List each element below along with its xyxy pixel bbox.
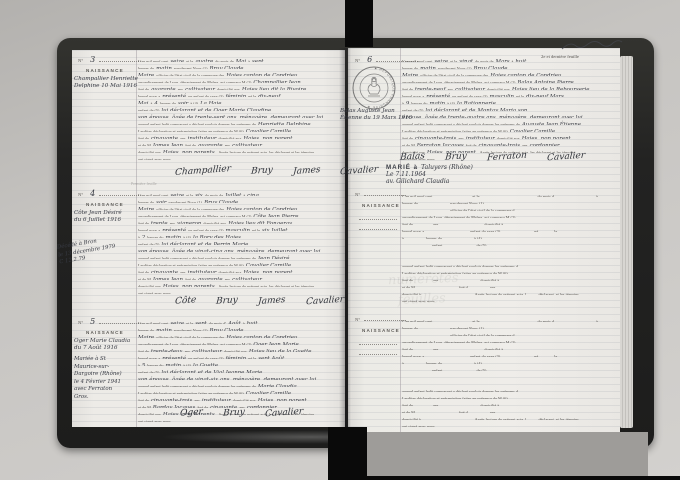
signature: Bruy — [445, 151, 467, 163]
printed-text: de (5) — [476, 243, 486, 246]
form-line: âgé decinquanteansinstituteurdomicilié a… — [138, 132, 341, 139]
signature: James — [292, 165, 320, 177]
form-line: domicilié auxHaies, non parents.Après le… — [138, 146, 341, 153]
printed-text: le — [554, 229, 557, 232]
printed-text: né — [534, 354, 538, 357]
act-number: N°5 — [78, 317, 141, 326]
marie-stamp-label: MARIÉ à — [386, 164, 418, 171]
form-line: arrondissement de Lyon, département du R… — [402, 336, 617, 343]
printed-text: ont signé avec nous. — [138, 419, 172, 422]
handwritten-text: féminin — [225, 356, 246, 359]
margin-marriage-note: Mariée à StMaurice-sur-Dargoire (Rhône)l… — [74, 356, 122, 401]
form-line: âgé decinquanteansinstituteurdomicilié a… — [138, 266, 341, 273]
form-line: heures dumatinpar-devant Nous (1)Bruy Cl… — [138, 62, 341, 69]
act-number: N°3 — [78, 55, 141, 64]
printed-text: né le — [252, 228, 260, 231]
printed-text: déclarant — [538, 292, 553, 295]
form-line: âgé detrente-deuxanscultivateurdomicilié… — [138, 345, 341, 352]
form-line: Lesdites déclaration et présentation fai… — [138, 125, 341, 132]
handwritten-text: cinq — [247, 193, 259, 196]
republique-francaise-stamp: ★ RÉPUBLIQUE FRANÇAISE ★ — [351, 65, 397, 111]
margin-rule-left — [136, 50, 137, 427]
handwritten-margin-line: le 4 Février 1941 — [74, 379, 122, 387]
signature: Cavalier — [305, 295, 344, 308]
printed-text: né le — [248, 94, 256, 97]
form-line: âgé detrente-neufanscultivateurdomicilié… — [402, 83, 617, 90]
form-line: à5heures dumatinà (4)la Guette — [138, 359, 341, 366]
signature: Champallier — [175, 164, 232, 178]
handwritten-margin-line: Dargoire (Rhône) — [74, 371, 122, 379]
form-line: enfant de (5)lui déclarant et deMontay M… — [402, 104, 617, 111]
form-line: ont signé avec nous. — [402, 295, 617, 302]
signature: Cavalier — [264, 407, 303, 420]
blank-form-text: L'an mil neuf centet ledu mois dàheures … — [402, 190, 617, 302]
form-line: âgé dequaranteanscultivateurdomicilié au… — [138, 83, 341, 90]
svg-text:★ RÉPUBLIQUE FRANÇAISE ★: ★ RÉPUBLIQUE FRANÇAISE ★ — [366, 66, 395, 109]
form-line: âgé decinquante-troisansinstituteurdomic… — [138, 394, 341, 401]
form-line: et de MJames Jeanâgé dequaranteanscultiv… — [138, 273, 341, 280]
printed-text: né le — [248, 356, 256, 359]
form-line: domicilié à. Après lecture du présent ac… — [402, 413, 617, 420]
form-line: à9heures dumatinà (4)la Rationnerie — [402, 97, 617, 104]
form-line: Maireofficier de l'état civil de la comm… — [402, 69, 617, 76]
form-line: lequel nous aprésentéun enfant du sexe (… — [138, 352, 341, 359]
blank-dotted-line — [530, 291, 536, 295]
printed-text: à — [248, 59, 250, 62]
blank-dotted-line — [602, 318, 617, 322]
form-line: L'an mil neuf centet ledu mois dà — [402, 190, 617, 197]
blank-dotted-line — [561, 228, 579, 232]
act-body-text: L'an mil neuf centseizeet lesixdu mois d… — [138, 189, 341, 294]
signature: Ferraton — [486, 151, 526, 164]
form-line: et de MFerraton Jacquesâgé decinquante-t… — [402, 139, 617, 146]
blank-dotted-line — [561, 353, 579, 357]
film-frame-gray — [366, 432, 648, 476]
page-stack-edge — [620, 56, 633, 428]
blank-dotted-line — [542, 353, 552, 357]
form-line: arrondissement de Lyon, département du R… — [138, 76, 341, 83]
handwritten-margin-line: Delphine 10 Mai 1916 — [74, 83, 138, 90]
signatures-row: CôteBruyJamesCavalier — [175, 290, 364, 308]
handwritten-margin-line: du 7 Août 1916 — [74, 345, 130, 352]
printed-text: à — [243, 193, 245, 196]
form-line: âgé deansdomicilié à — [402, 218, 617, 225]
form-line: Lesdites déclaration et présentation fai… — [402, 392, 617, 399]
blank-dotted-line — [404, 242, 430, 246]
faint-sheet-label: Première feuille — [131, 181, 157, 186]
printed-text: ont signé avec nous. — [138, 291, 172, 294]
handwritten-text: dix-neuf Mars — [526, 94, 564, 97]
blank-dotted-line — [490, 242, 546, 246]
signature: Bruy — [216, 295, 238, 307]
form-line: âgé detrenteansvignerondomicilié auxHaie… — [138, 217, 341, 224]
blank-dotted-line — [404, 367, 430, 371]
form-line: auquel enfant ledit comparant a déclaré … — [138, 118, 341, 125]
margin-child-name: Côte Jean Désirédu 6 Juillet 1916 — [74, 210, 122, 224]
form-line: Maireofficier de l'état civil de la comm… — [138, 203, 341, 210]
form-line: âgé deansdomicilié à — [402, 343, 617, 350]
form-line: Lesdites déclaration et présentation fai… — [402, 267, 617, 274]
form-line: enfant de (5)lui déclarant et dePerrin M… — [138, 238, 341, 245]
form-line: épouse, âgée de trente-quatre ans, ménag… — [402, 111, 617, 118]
form-line: heures dusoirpar-devant Nous (1)Bruy Cla… — [138, 196, 341, 203]
form-line: Lesdites déclaration et présentation fai… — [402, 125, 617, 132]
signature: Cavalier — [340, 165, 379, 178]
printed-text: à — [512, 59, 514, 62]
handwritten-margin-line: Gros. — [74, 394, 122, 402]
handwritten-margin-line: du 6 Juillet 1916 — [74, 217, 122, 224]
form-line: heures dumatinpar-devant Nous (1)Bruy Cl… — [138, 324, 341, 331]
blank-form-text: L'an mil neuf centet ledu mois dàheures … — [402, 315, 617, 427]
form-line: et de Mâgé dans — [402, 406, 617, 413]
form-line — [402, 246, 617, 253]
printed-text: déclarant — [538, 417, 553, 420]
form-line: arrondissement de Lyon, département du R… — [402, 76, 617, 83]
signatures-row: OgerBruyCavalier — [180, 402, 323, 420]
form-line: arrondissement de Lyon, département du R… — [402, 211, 617, 218]
signature: Cavalier — [546, 151, 585, 164]
blank-dotted-line — [542, 228, 552, 232]
handwritten-margin-line: Champallier Henriette — [74, 76, 138, 83]
form-line: auquel enfant ledit comparant a déclaré … — [402, 260, 617, 267]
form-line: àheures duà (4) — [402, 232, 617, 239]
handwritten-flourish — [560, 40, 624, 52]
printed-text: le — [554, 354, 557, 357]
form-line: enfantde (5) — [402, 239, 617, 246]
form-line: Lesdites déclaration et présentation fai… — [138, 259, 341, 266]
form-line: ont signé avec nous. — [138, 153, 341, 160]
margin-blank-line — [355, 349, 397, 356]
signature: James — [258, 295, 286, 307]
printed-text: de (5) — [476, 368, 486, 371]
printed-text: et les témoins — [556, 292, 579, 295]
form-line: auquel enfant ledit comparant a déclaré … — [402, 118, 617, 125]
printed-text: et les témoins — [556, 417, 579, 420]
signature: Bruy — [222, 407, 244, 419]
form-line: son épouse, âgée de vingt-cinq ans, ména… — [138, 245, 341, 252]
form-line: âgé deansdomicilié à — [402, 399, 617, 406]
form-line: lequel nous aprésentéun enfant du sexe (… — [402, 90, 617, 97]
printed-text: à — [596, 194, 598, 197]
film-edge-bottom — [366, 476, 680, 480]
form-line: enfant de (5)lui déclarant et deOger Mar… — [138, 104, 341, 111]
form-line: lequel nous aenfant du sexe (3)néle — [402, 350, 617, 357]
margin-blank-line — [355, 339, 397, 346]
form-line: et de Mâgé dans — [402, 281, 617, 288]
act-number: N°4 — [78, 189, 141, 198]
form-line: arrondissement de Lyon, département du R… — [138, 338, 341, 345]
printed-text: enfant — [432, 243, 442, 246]
blank-dotted-line — [490, 367, 546, 371]
form-line: lequel nous aprésentéun enfant du sexe (… — [138, 224, 341, 231]
form-line: Maireofficier de l'état civil de la comm… — [138, 331, 341, 338]
printed-text: à — [596, 319, 598, 322]
form-line: L'an mil neuf centseizeet levingtdu mois… — [402, 55, 617, 62]
margin-blank-line — [355, 214, 397, 221]
act-body-text: L'an mil neuf centseizeet lequatredu moi… — [138, 55, 341, 160]
signature: Balas — [400, 151, 425, 163]
handwritten-text: sept — [252, 59, 264, 62]
naissance-label: NAISSANCE — [86, 330, 124, 335]
register-scan: N°3 NAISSANCE Champallier HenrietteDelph… — [0, 0, 680, 480]
margin-rule-right — [400, 48, 401, 432]
handwritten-text: six Juillet — [262, 228, 287, 231]
blank-dotted-line — [530, 416, 536, 420]
margin-child-name: Oger Marie Claudiadu 7 Août 1916 — [74, 338, 130, 352]
form-line: heures dupar-devant Nous (1) — [402, 322, 617, 329]
handwritten-text: sept Août — [258, 356, 284, 359]
signature: Côte — [175, 295, 197, 307]
form-line: enfantde (5) — [402, 364, 617, 371]
handwritten-margin-line: Côte Jean Désiré — [74, 210, 122, 217]
printed-text: né — [534, 229, 538, 232]
form-line: et de MJames Jeanâgé dequaranteanscultiv… — [138, 139, 341, 146]
signature: Bruy — [251, 165, 273, 177]
act-body-text: L'an mil neuf centseizeet levingtdu mois… — [402, 55, 617, 160]
form-line: L'an mil neuf centseizeet lequatredu moi… — [138, 55, 341, 62]
signature: Oger — [180, 407, 203, 419]
form-line: arrondissement de Lyon, département du R… — [138, 210, 341, 217]
blank-dotted-line — [602, 193, 617, 197]
form-line: Maireofficier de l'état civil de la comm… — [138, 69, 341, 76]
form-line: son épouse, âgée de trente-sept ans, mén… — [138, 111, 341, 118]
form-line: âgé decinquante-troisansinstituteurdomic… — [402, 132, 617, 139]
margin-child-name: Champallier HenrietteDelphine 10 Mai 191… — [74, 76, 138, 90]
form-line: L'an mil neuf centseizeet leseptdu mois … — [138, 317, 341, 324]
handwritten-text: dix-neuf — [258, 94, 280, 97]
printed-text: Après lecture du présent acte, les décla… — [218, 284, 314, 287]
printed-text: Après lecture du présent acte, les décla… — [218, 150, 314, 153]
form-line: officier de l'état civil de la commune d — [402, 204, 617, 211]
printed-text: enfant — [432, 368, 442, 371]
form-line: officier de l'état civil de la commune d — [402, 329, 617, 336]
form-line: L'an mil neuf centseizeet lesixdu mois d… — [138, 189, 341, 196]
blank-dotted-line — [446, 367, 474, 371]
handwritten-text: huit — [515, 59, 526, 62]
naissance-label: NAISSANCE — [362, 328, 400, 333]
marianne-figure — [368, 77, 380, 96]
form-line: àheures duà (4) — [402, 357, 617, 364]
form-line — [402, 371, 617, 378]
signatures-row: ChampallierBruyJamesCavalier — [175, 160, 398, 178]
handwritten-margin-line: Maurice-sur- — [74, 364, 122, 372]
form-line: auquel enfant ledit comparant a déclaré … — [402, 385, 617, 392]
form-line: L'an mil neuf centet ledu mois dà — [402, 315, 617, 322]
printed-text: . Après lecture du présent acte, l — [473, 292, 527, 295]
form-line: enfant de (5)lui déclarant et deVial Jea… — [138, 366, 341, 373]
printed-text: ont signé avec nous. — [402, 299, 436, 302]
naissance-label: NAISSANCE — [86, 202, 124, 207]
act-number: N° — [355, 190, 406, 197]
blank-dotted-line — [446, 242, 474, 246]
printed-text: ont signé avec nous. — [402, 424, 436, 427]
form-line: auquel enfant ledit comparant a déclaré … — [138, 252, 341, 259]
form-line: son épouse, âgée de vingt-six ans, ménag… — [138, 373, 341, 380]
film-strip-top — [345, 0, 373, 47]
form-line: heures dumatinpar-devant Nous (1)Bruy Cl… — [402, 62, 617, 69]
naissance-label: NAISSANCE — [86, 68, 124, 73]
form-line: auquel enfant ledit comparant a déclaré … — [138, 380, 341, 387]
form-line: lequel nous aprésentéun enfant du sexe (… — [138, 90, 341, 97]
handwritten-margin-line: avec Ferraton — [74, 386, 122, 394]
handwritten-margin-line: Mariée à St — [74, 356, 122, 364]
handwritten-text: huit — [247, 321, 258, 324]
form-line: âgé deansdomicilié à — [402, 274, 617, 281]
naissance-label: NAISSANCE — [362, 203, 400, 208]
form-line: domicilié auxHaies, non parents.Après le… — [138, 280, 341, 287]
handwritten-text: féminin — [225, 94, 246, 97]
margin-blank-line — [355, 224, 397, 231]
form-line: à2heures dumatinà (4)la Bory des Haies — [138, 231, 341, 238]
film-strip-bottom — [328, 427, 367, 480]
printed-text: né le — [516, 94, 524, 97]
form-line: Lesdites déclaration et présentation fai… — [138, 387, 341, 394]
form-line: domicilié à. Après lecture du présent ac… — [402, 288, 617, 295]
form-line: heures dupar-devant Nous (1) — [402, 197, 617, 204]
marriage-annotation: MARIÉ àTaluyers (Rhône) Le 7.11.1964 av.… — [386, 164, 473, 185]
form-line: Maià4heures dusoirà (4)La Haie — [138, 97, 341, 104]
signatures-row: BalasBruyFerratonCavalier — [400, 146, 605, 164]
act-number: N° — [355, 315, 406, 322]
form-line: lequel nous aenfant du sexe (3)néle — [402, 225, 617, 232]
printed-text: ont signé avec nous. — [138, 157, 172, 160]
printed-text: . Après lecture du présent acte, l — [473, 417, 527, 420]
form-line: ont signé avec nous. — [402, 420, 617, 427]
form-line — [402, 253, 617, 260]
handwritten-margin-line: Oger Marie Claudia — [74, 338, 130, 345]
form-line — [402, 378, 617, 385]
